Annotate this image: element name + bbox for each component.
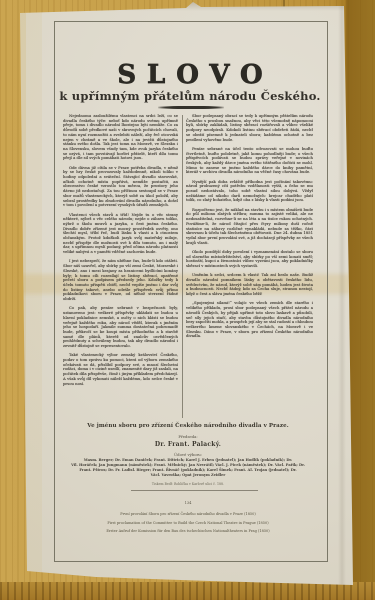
caption-english: First proclamation of the Committee to B… bbox=[63, 519, 313, 528]
ornament-rule bbox=[158, 106, 224, 109]
wood-bottom-strip bbox=[0, 582, 375, 600]
body-paragraph: Sbor podepsaný obrací se tedy k upřímným… bbox=[186, 114, 313, 142]
column-divider-rule bbox=[182, 115, 183, 418]
poster-subtitle: k upřímným přátelům národu Českého. bbox=[54, 89, 326, 103]
body-paragraph: Rozpočteno jest, že náklad na stavbu i s… bbox=[186, 208, 313, 246]
photo-background: SLOVO k upřímným přátelům národu Českého… bbox=[0, 0, 375, 600]
body-paragraph: Okolo pozdější doby povolení i vyznamená… bbox=[186, 250, 313, 269]
left-column: Nejednomu zasloužilému vlastenci na srdc… bbox=[63, 114, 178, 419]
member-line: Frant. Pštros; Dr. Fr. Ladisl. Rieger; F… bbox=[63, 468, 313, 473]
right-column: Sbor podepsaný obrací se tedy k upřímným… bbox=[186, 114, 313, 419]
body-paragraph: Co pak, aby peníze sebrané v bezpečnosti… bbox=[63, 306, 178, 348]
caption-czech: První provolání Sboru pro zřízení Českéh… bbox=[63, 510, 313, 519]
catalog-number: 134 bbox=[63, 501, 313, 505]
committee-line: Ve jménu sboru pro zřízení Českého národ… bbox=[63, 423, 313, 429]
separator-rule bbox=[131, 490, 258, 491]
signature-block: Ve jménu sboru pro zřízení Českého národ… bbox=[63, 423, 313, 486]
body-paragraph: Nejednomu zasloužilému vlastenci na srdc… bbox=[63, 114, 178, 161]
poster-paper: SLOVO k upřímným přátelům národu Českého… bbox=[0, 0, 375, 600]
caption-german: Erster Aufruf der Komission für den Bau … bbox=[63, 527, 313, 536]
body-paragraph: „Spojenými silami!“ volajíc ve všech zem… bbox=[186, 301, 313, 339]
catalog-captions: První provolání Sboru pro zřízení Českéh… bbox=[63, 510, 313, 536]
body-paragraph: Vlastenci všech stavů a tříd! Nejde tu o… bbox=[63, 213, 178, 255]
members-label: Údové výboru: bbox=[63, 452, 313, 457]
poster-title: SLOVO bbox=[54, 60, 326, 90]
body-paragraph: Také vlastenecký výbor zemský království… bbox=[63, 353, 178, 386]
paper-crease bbox=[338, 6, 346, 585]
body-paragraph: I jest nebezpečí, že nám uběhne čas, bud… bbox=[63, 259, 178, 301]
body-paragraph: Uměním k srdci, srdcem k vlasti! Tak zní… bbox=[186, 273, 313, 297]
chairman-label: Předseda: bbox=[63, 434, 313, 439]
imprint-line: Tiskem Bedř. Rohlíčka v Karlově ulici č.… bbox=[63, 482, 313, 486]
member-line: Václ. Vavroška; Opat Jeronym Zeidler bbox=[63, 473, 313, 478]
body-paragraph: Ode dávna již cítila se v Praze potřeba … bbox=[63, 166, 178, 208]
chairman-name: Dr. Frant. Palacký. bbox=[63, 441, 313, 448]
body-paragraph: Nynější pak doba zvláště příhodna jest p… bbox=[186, 180, 313, 204]
body-paragraph: Peníze sebrané na účel tento odvozovati … bbox=[186, 147, 313, 175]
